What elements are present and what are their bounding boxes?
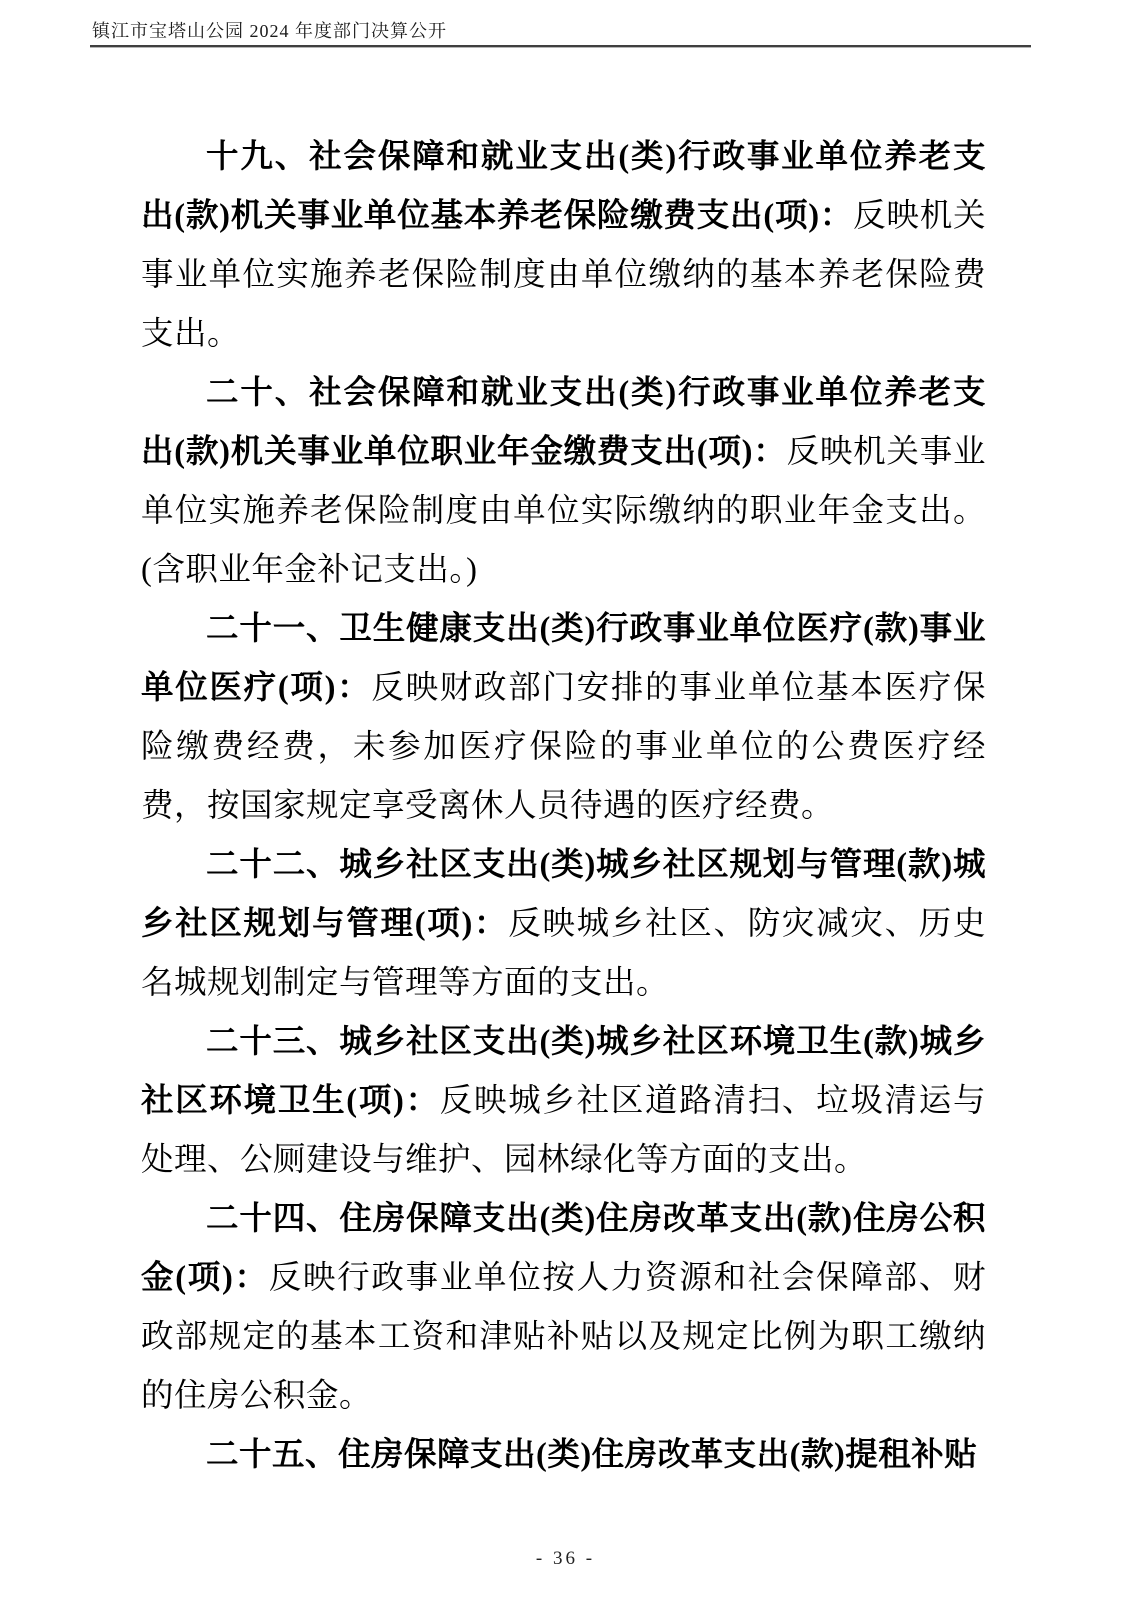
- paragraph: 二十、社会保障和就业支出(类)行政事业单位养老支出(款)机关事业单位职业年金缴费…: [141, 364, 986, 600]
- paragraph: 二十一、卫生健康支出(类)行政事业单位医疗(款)事业单位医疗(项)：反映财政部门…: [141, 600, 986, 836]
- page-header: 镇江市宝塔山公园 2024 年度部门决算公开: [92, 17, 447, 43]
- paragraph: 十九、社会保障和就业支出(类)行政事业单位养老支出(款)机关事业单位基本养老保险…: [141, 128, 986, 364]
- paragraph: 二十五、住房保障支出(类)住房改革支出(款)提租补贴: [141, 1426, 986, 1485]
- header-title: 镇江市宝塔山公园 2024 年度部门决算公开: [92, 21, 447, 41]
- page-footer: - 36 -: [0, 1548, 1131, 1570]
- paragraph: 二十四、住房保障支出(类)住房改革支出(款)住房公积金(项)：反映行政事业单位按…: [141, 1190, 986, 1426]
- document-page: 镇江市宝塔山公园 2024 年度部门决算公开 十九、社会保障和就业支出(类)行政…: [0, 0, 1131, 1600]
- header-divider: [90, 45, 1031, 48]
- page-number: - 36 -: [536, 1548, 595, 1569]
- paragraph: 二十二、城乡社区支出(类)城乡社区规划与管理(款)城乡社区规划与管理(项)：反映…: [141, 836, 986, 1013]
- document-body: 十九、社会保障和就业支出(类)行政事业单位养老支出(款)机关事业单位基本养老保险…: [141, 128, 986, 1485]
- paragraph: 二十三、城乡社区支出(类)城乡社区环境卫生(款)城乡社区环境卫生(项)：反映城乡…: [141, 1013, 986, 1190]
- paragraph-text: 反映行政事业单位按人力资源和社会保障部、财政部规定的基本工资和津贴补贴以及规定比…: [141, 1260, 986, 1414]
- paragraph-heading: 二十五、住房保障支出(类)住房改革支出(款)提租补贴: [206, 1437, 977, 1473]
